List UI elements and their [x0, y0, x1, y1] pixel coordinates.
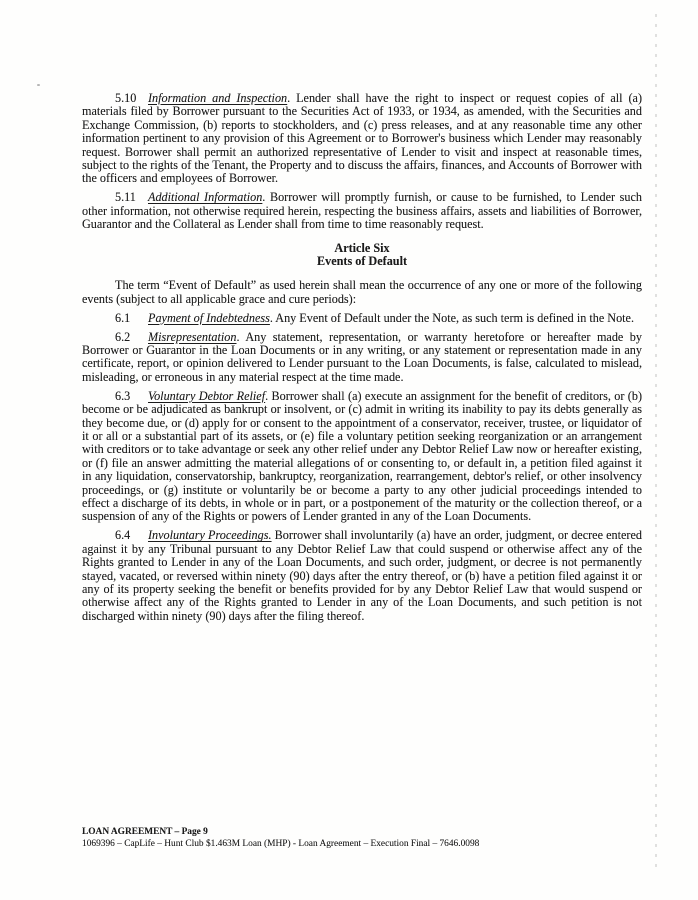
section-number: 5.10	[115, 92, 148, 105]
section-number: 6.1	[115, 312, 148, 325]
scan-speck-artifact	[601, 100, 603, 102]
section-number: 6.2	[115, 331, 148, 344]
section-number: 5.11	[115, 191, 148, 204]
article-heading: Article Six Events of Default	[82, 242, 642, 269]
section-body-text: . Any Event of Default under the Note, a…	[270, 311, 634, 325]
document-page: 5.10Information and Inspection. Lender s…	[0, 0, 698, 900]
scan-speck-artifact	[145, 610, 147, 612]
article-heading-line1: Article Six	[82, 242, 642, 255]
article-intro-paragraph: The term “Event of Default” as used here…	[82, 279, 642, 306]
section-title: Voluntary Debtor Relief	[148, 389, 265, 403]
section-title: Additional Information	[148, 190, 262, 204]
section-paragraph-6-3: 6.3Voluntary Debtor Relief. Borrower sha…	[82, 390, 642, 524]
section-title: Information and Inspection	[148, 91, 287, 105]
page-footer: LOAN AGREEMENT – Page 9 1069396 – CapLif…	[82, 827, 642, 851]
scan-speck-artifact	[37, 84, 40, 86]
section-number: 6.4	[115, 529, 148, 542]
scan-edge-artifact	[655, 14, 657, 872]
section-paragraph-6-4: 6.4Involuntary Proceedings. Borrower sha…	[82, 529, 642, 623]
section-title: Involuntary Proceedings.	[148, 528, 272, 542]
section-body-text: Borrower shall involuntarily (a) have an…	[82, 528, 642, 622]
section-number: 6.3	[115, 390, 148, 403]
section-body-text: . Borrower shall (a) execute an assignme…	[82, 389, 642, 524]
section-body-text: . Lender shall have the right to inspect…	[82, 91, 642, 185]
section-paragraph-5-10: 5.10Information and Inspection. Lender s…	[82, 92, 642, 186]
document-body: 5.10Information and Inspection. Lender s…	[82, 92, 642, 629]
article-heading-line2: Events of Default	[82, 255, 642, 268]
footer-reference-line: 1069396 – CapLife – Hunt Club $1.463M Lo…	[82, 839, 642, 851]
section-paragraph-5-11: 5.11Additional Information. Borrower wil…	[82, 191, 642, 231]
footer-document-title: LOAN AGREEMENT – Page 9	[82, 827, 642, 839]
section-paragraph-6-2: 6.2Misrepresentation. Any statement, rep…	[82, 331, 642, 385]
section-title: Payment of Indebtedness	[148, 311, 270, 325]
intro-text: The term “Event of Default” as used here…	[82, 278, 642, 305]
section-paragraph-6-1: 6.1Payment of Indebtedness. Any Event of…	[82, 312, 642, 325]
section-title: Misrepresentation	[148, 330, 236, 344]
